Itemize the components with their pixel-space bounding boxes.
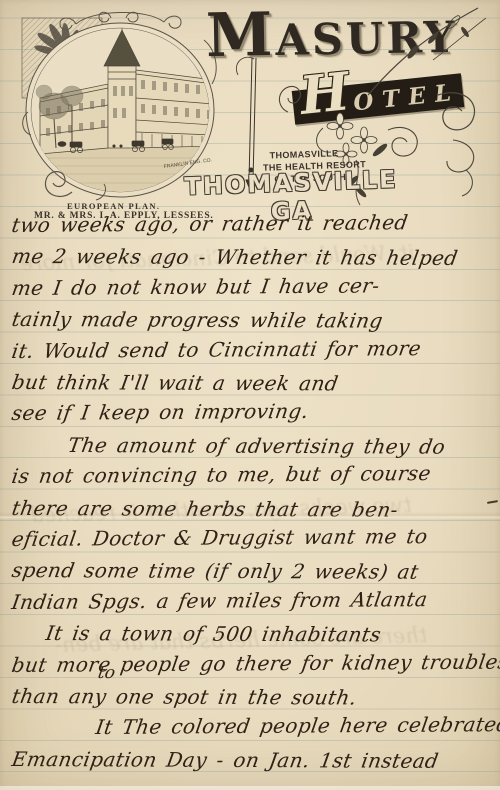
handwriting-line: is not convincing to me, but of course [10, 460, 433, 489]
handwriting-line: eficial. Doctor & Druggist want me to [10, 523, 430, 552]
handwriting-line: me I do not know but I have cer- [10, 272, 382, 301]
m-descender [249, 58, 252, 180]
handwriting-line: It The colored people here celebrated [94, 712, 500, 741]
pen-dash-mark [487, 500, 498, 504]
handwriting-line: spend some time (if only 2 weeks) at [10, 557, 421, 585]
inserted-word: to [96, 663, 116, 683]
handwriting-line: tainly made progress while taking [10, 306, 385, 334]
city-line: THOMASVILLE GA [183, 165, 400, 228]
handwriting-line: than any one spot in the south. [10, 683, 359, 711]
european-plan-line: EUROPEAN PLAN. [67, 201, 160, 211]
handwriting-line: but think I'll wait a week and [10, 369, 340, 396]
lessees-line: MR. & MRS. I. A. EPPLY, LESSEES. [34, 211, 214, 221]
hotel-banner-text: OTEL [352, 78, 461, 116]
handwriting-line: see if I keep on improving. [10, 398, 311, 426]
handwriting-line: it. Would send to Cincinnati for more [10, 335, 423, 364]
handwriting-line: Emancipation Day - on Jan. 1st instead [10, 746, 441, 774]
letter-page: FRANKLIN ENG. CO. [0, 0, 500, 790]
handwriting-line: Indian Spgs. a few miles from Atlanta [10, 586, 429, 615]
handwriting-line: The amount of advertising they do [66, 432, 447, 460]
hotel-banner-initial: H [298, 72, 351, 117]
ghost-writing: it. Would send to Cincinnati for more [20, 241, 415, 275]
ghost-writing: two weeks ago, or rather it reached [30, 493, 412, 527]
hotel-banner: H OTEL [292, 73, 465, 125]
ghost-writing: there are some herbs that are ben- [55, 623, 428, 657]
